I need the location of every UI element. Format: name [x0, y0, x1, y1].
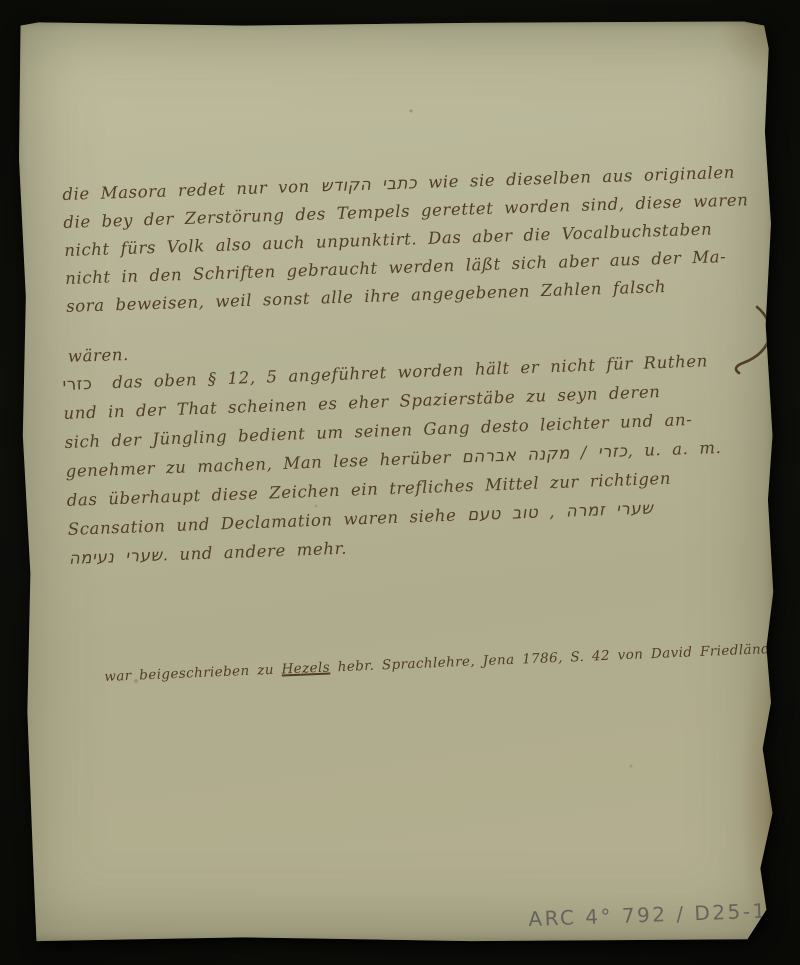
attribution-prefix: war beigeschrieben zu	[104, 662, 282, 685]
attribution-note: war beigeschrieben zu Hezels hebr. Sprac…	[104, 642, 744, 685]
paragraph-masora: die Masora redet nur von כתבי הקודש wie …	[62, 158, 768, 371]
attribution-work-title: Hezels	[281, 660, 330, 678]
archive-shelfmark: ARC 4° 792 / D25-11	[528, 898, 783, 931]
attribution-suffix: hebr. Sprachlehre, Jena 1786, S. 42 von …	[330, 640, 789, 675]
manuscript-page: die Masora redet nur von כתבי הקודש wie …	[16, 21, 774, 942]
paragraph-kuzari: כזריdas oben § 12, 5 angeführet worden h…	[62, 344, 779, 573]
margin-note-kuzari: כזרי	[62, 369, 93, 399]
paper-sheet: die Masora redet nur von כתבי הקודש wie …	[16, 21, 774, 942]
